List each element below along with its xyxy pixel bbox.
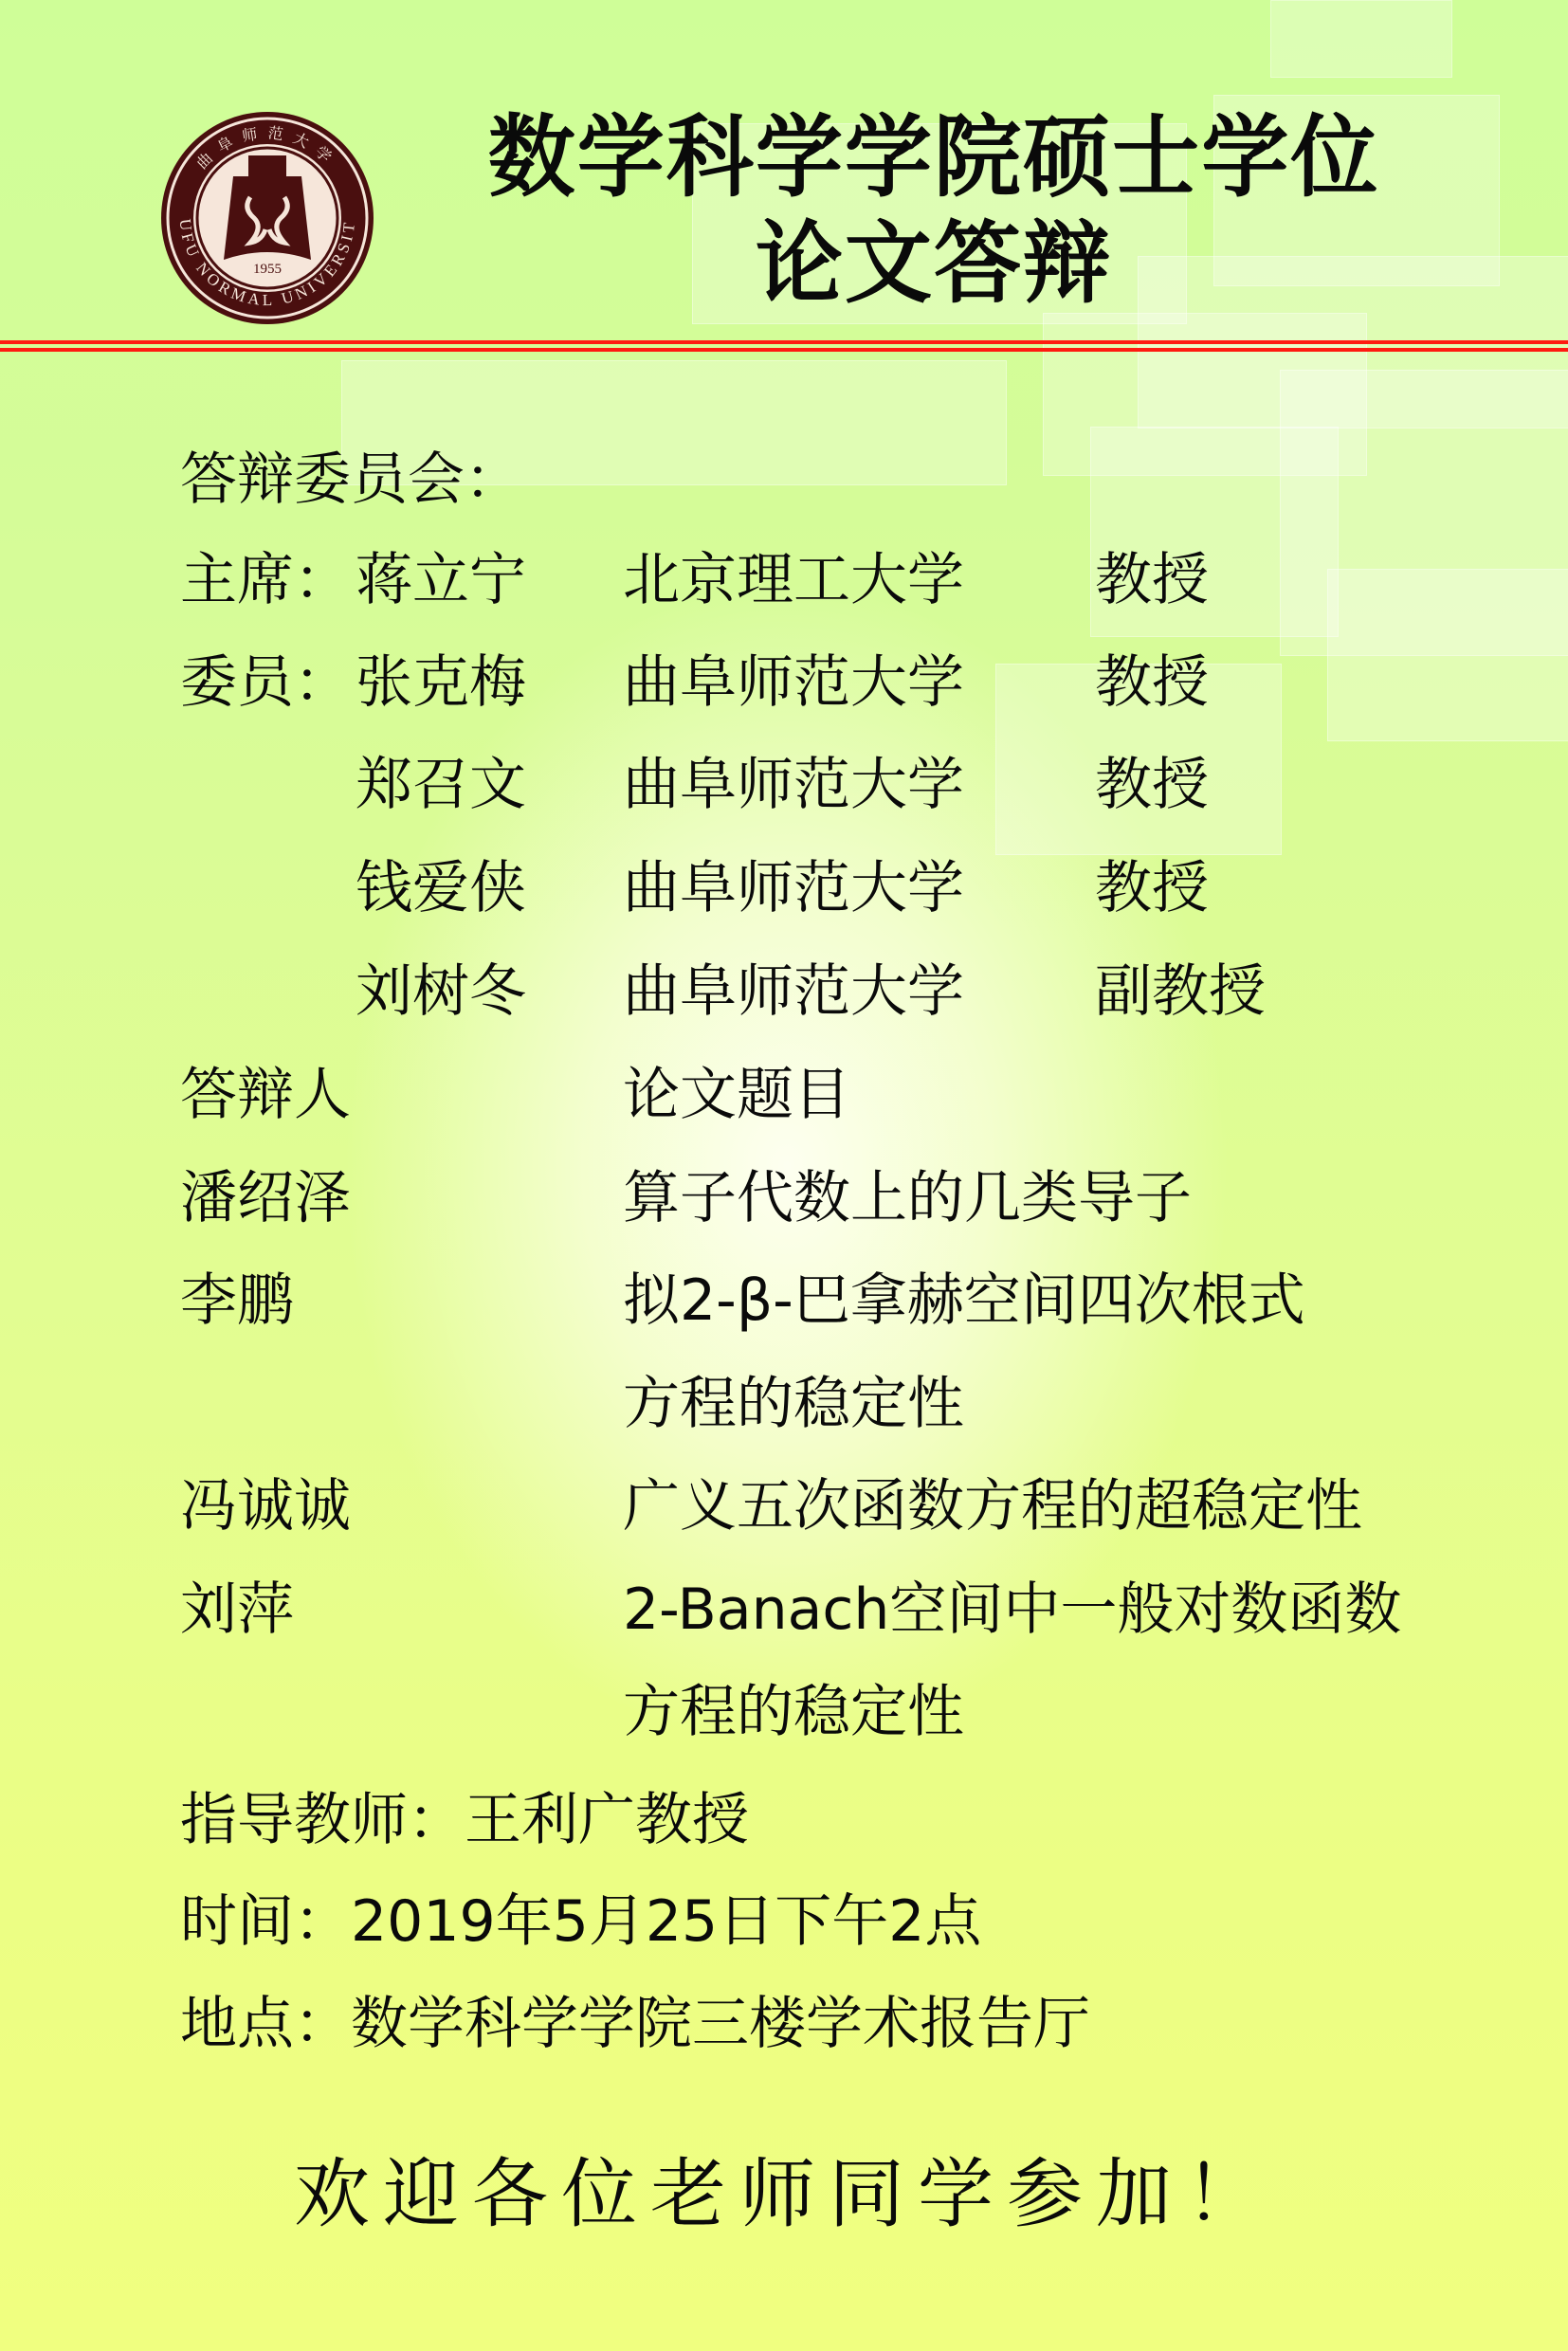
committee-member-row: 钱爱侠 曲阜师范大学 教授 bbox=[0, 850, 1568, 926]
member-institution: 曲阜师范大学 bbox=[623, 954, 964, 1030]
member-name: 张克梅 bbox=[356, 645, 526, 720]
advisor-row: 指导教师：王利广教授 bbox=[0, 1782, 1568, 1858]
welcome-message: 欢迎各位老师同学参加！ bbox=[0, 2152, 1568, 2237]
poster-title-line2: 论文答辩 bbox=[455, 220, 1412, 309]
member-institution: 曲阜师范大学 bbox=[623, 747, 964, 823]
location-text: 地点：数学科学学院三楼学术报告厅 bbox=[180, 1986, 1090, 2062]
candidate-row: 刘萍 2-Banach空间中一般对数函数 bbox=[0, 1572, 1568, 1648]
candidate-row: 潘绍泽 算子代数上的几类导子 bbox=[0, 1160, 1568, 1236]
topic-column-header: 论文题目 bbox=[623, 1057, 850, 1133]
member-name: 钱爱侠 bbox=[356, 850, 526, 926]
committee-chair-row: 主席： 蒋立宁 北京理工大学 教授 bbox=[0, 542, 1568, 618]
members-label: 委员： bbox=[180, 645, 351, 720]
candidate-row: 冯诚诚 广义五次函数方程的超稳定性 bbox=[0, 1468, 1568, 1544]
candidate-name: 刘萍 bbox=[180, 1572, 294, 1648]
committee-member-row: 委员： 张克梅 曲阜师范大学 教授 bbox=[0, 645, 1568, 720]
member-title: 教授 bbox=[1095, 850, 1209, 926]
poster-title-line1: 数学科学学院硕士学位 bbox=[455, 114, 1412, 203]
svg-text:1955: 1955 bbox=[253, 262, 282, 277]
time-text: 时间：2019年5月25日下午2点 bbox=[180, 1884, 981, 1959]
candidate-name: 潘绍泽 bbox=[180, 1160, 351, 1236]
thesis-topic-continued: 方程的稳定性 bbox=[623, 1674, 964, 1750]
thesis-topic: 2-Banach空间中一般对数函数 bbox=[623, 1572, 1401, 1648]
candidate-row: 李鹏 拟2-β-巴拿赫空间四次根式 bbox=[0, 1263, 1568, 1339]
defense-header-row: 答辩人 论文题目 bbox=[0, 1057, 1568, 1133]
chair-name: 蒋立宁 bbox=[356, 542, 526, 618]
thesis-topic: 算子代数上的几类导子 bbox=[623, 1160, 1192, 1236]
university-logo: 1955 QUFU NORMAL UNIVERSITY 曲阜师范大学 bbox=[159, 110, 375, 326]
chair-institution: 北京理工大学 bbox=[623, 542, 964, 618]
member-name: 郑召文 bbox=[356, 747, 526, 823]
candidate-name: 李鹏 bbox=[180, 1263, 294, 1339]
member-institution: 曲阜师范大学 bbox=[623, 850, 964, 926]
committee-member-row: 刘树冬 曲阜师范大学 副教授 bbox=[0, 954, 1568, 1030]
member-name: 刘树冬 bbox=[356, 954, 526, 1030]
member-title: 教授 bbox=[1095, 747, 1209, 823]
candidate-name: 冯诚诚 bbox=[180, 1468, 351, 1544]
candidate-row-continuation: 方程的稳定性 bbox=[0, 1674, 1568, 1750]
location-row: 地点：数学科学学院三楼学术报告厅 bbox=[0, 1986, 1568, 2062]
committee-heading: 答辩委员会： bbox=[180, 442, 521, 518]
advisor-text: 指导教师：王利广教授 bbox=[180, 1782, 749, 1858]
candidate-row-continuation: 方程的稳定性 bbox=[0, 1366, 1568, 1442]
time-row: 时间：2019年5月25日下午2点 bbox=[0, 1884, 1568, 1959]
red-divider-bottom bbox=[0, 348, 1568, 352]
red-divider-top bbox=[0, 340, 1568, 344]
thesis-topic: 广义五次函数方程的超稳定性 bbox=[623, 1468, 1362, 1544]
committee-member-row: 郑召文 曲阜师范大学 教授 bbox=[0, 747, 1568, 823]
thesis-topic-continued: 方程的稳定性 bbox=[623, 1366, 964, 1442]
member-institution: 曲阜师范大学 bbox=[623, 645, 964, 720]
thesis-topic: 拟2-β-巴拿赫空间四次根式 bbox=[623, 1263, 1305, 1339]
candidate-column-header: 答辩人 bbox=[180, 1057, 351, 1133]
committee-heading-row: 答辩委员会： bbox=[0, 442, 1568, 518]
member-title: 教授 bbox=[1095, 645, 1209, 720]
member-title: 副教授 bbox=[1095, 954, 1266, 1030]
chair-label: 主席： bbox=[180, 542, 351, 618]
seal-icon: 1955 QUFU NORMAL UNIVERSITY 曲阜师范大学 bbox=[159, 110, 375, 326]
chair-title: 教授 bbox=[1095, 542, 1209, 618]
